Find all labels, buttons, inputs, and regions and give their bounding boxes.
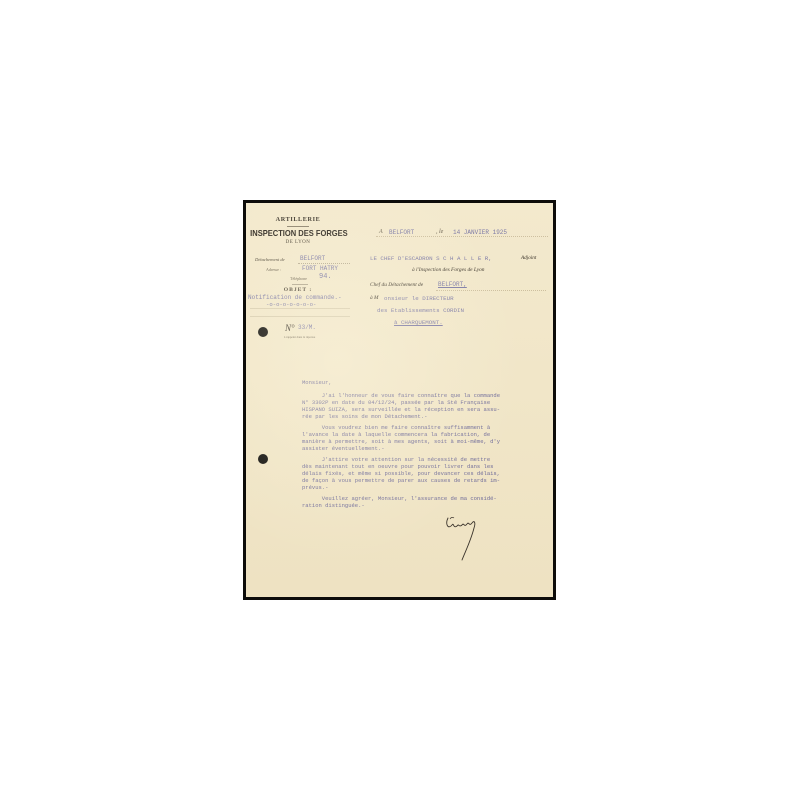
letterhead-divider-2 xyxy=(292,284,308,285)
address-value: FORT HATRY xyxy=(302,265,338,272)
letter-page: ARTILLERIE INSPECTION DES FORGES DE LYON… xyxy=(246,203,553,597)
chef-value: BELFORT, xyxy=(438,281,467,288)
objet-dashes: -o-o-o-o-o-o-o- xyxy=(266,301,316,308)
letterhead-branch: ARTILLERIE xyxy=(246,216,350,223)
detachment-label: Détachement de xyxy=(255,257,285,262)
place-prefix: A xyxy=(379,229,383,235)
punch-hole-icon xyxy=(258,327,268,337)
letterhead-city: DE LYON xyxy=(246,240,350,245)
date-line xyxy=(376,236,548,237)
objet-text: Notification de commande.- xyxy=(248,294,342,301)
sender: LE CHEF D'ESCADRON S C H A L L E R, xyxy=(370,255,492,262)
detachment-line xyxy=(298,263,350,264)
paragraph: Vous voudrez bien me faire connaître suf… xyxy=(302,424,500,452)
objet-label: OBJET : xyxy=(246,287,350,293)
sender-office: à l'Inspection des Forges de Lyon xyxy=(412,267,485,273)
signature-icon xyxy=(442,508,502,568)
recipient-city: à CHARQUEMONT. xyxy=(394,319,443,326)
punch-hole-icon xyxy=(258,454,268,464)
establishment: des Etablissements CORDIN xyxy=(377,307,464,314)
reference-number-sign: N° xyxy=(285,323,295,333)
date: 14 JANVIER 1925 xyxy=(453,229,507,236)
chef-label: Chef du Détachement de xyxy=(370,282,423,288)
telephone-value: 94. xyxy=(319,273,332,281)
detachment-value: BELFORT xyxy=(300,255,325,262)
reference-number: 33/M. xyxy=(298,324,316,331)
paragraph: J'ai l'honneur de vous faire connaître q… xyxy=(302,392,500,420)
ruled-line xyxy=(250,316,350,317)
recipient: onsieur le DIRECTEUR xyxy=(384,295,454,302)
paragraph: J'attire votre attention sur la nécessit… xyxy=(302,456,500,491)
sender-role: Adjoint xyxy=(521,255,536,261)
address-label: Adresse : xyxy=(266,267,281,272)
place: BELFORT xyxy=(389,229,414,236)
salutation: Monsieur, xyxy=(302,379,332,386)
ruled-line xyxy=(250,308,350,309)
letterhead-divider xyxy=(287,226,309,227)
letterhead-office: INSPECTION DES FORGES xyxy=(250,229,346,238)
date-prefix: , le xyxy=(436,229,443,235)
chef-line xyxy=(436,290,546,291)
telephone-label: Téléphone xyxy=(290,276,307,281)
recipient-prefix: à M xyxy=(370,295,379,301)
reference-number-note: à rappeler dans la réponse xyxy=(284,335,315,339)
